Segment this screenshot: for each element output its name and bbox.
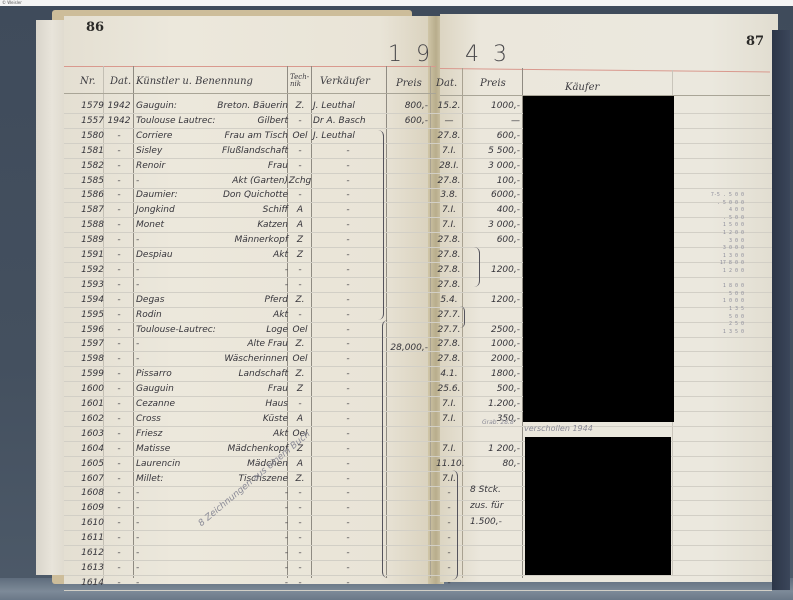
ledger-cell-sale-date: 11.10. <box>436 458 462 470</box>
header-artist-title: Künstler u. Benennung <box>136 76 253 87</box>
ledger-cell-title: Mädchenkopf <box>200 443 288 455</box>
ledger-cell-nr: 1607 <box>74 473 104 485</box>
ledger-cell-tech: A <box>288 413 312 425</box>
header-seller: Verkäufer <box>320 76 370 87</box>
ledger-cell-date: - <box>106 458 132 470</box>
ledger-cell-sale-price: 1.200,- <box>464 398 520 410</box>
ledger-cell-sale-price: 1000,- <box>464 100 520 112</box>
ledger-cell-date: 1942 <box>106 115 132 127</box>
ledger-cell-date: - <box>106 353 132 365</box>
ledger-cell-date: - <box>106 338 132 350</box>
ledger-cell-date: - <box>106 562 132 574</box>
ledger-cell-tech: - <box>288 562 312 574</box>
ledger-cell-title: Alte Frau <box>200 338 288 350</box>
ledger-cell-date: 1942 <box>106 100 132 112</box>
ledger-cell-title: - <box>200 532 288 544</box>
ledger-cell-nr: 1598 <box>74 353 104 365</box>
group-note-line3: 1.500,- <box>470 516 502 528</box>
ledger-cell-tech: Oel <box>288 324 312 336</box>
ledger-cell-date: - <box>106 324 132 336</box>
ledger-cell-title: Küste <box>200 413 288 425</box>
ledger-cell-sale-date: - <box>436 502 462 514</box>
ledger-cell-nr: 1580 <box>74 130 104 142</box>
brace-bracket <box>382 320 390 578</box>
ledger-cell-sale-date: 27.8. <box>436 249 462 261</box>
ledger-cell-nr: 1611 <box>74 532 104 544</box>
ledger-cell-tech: Z <box>288 249 312 261</box>
ledger-cell-seller: - <box>313 547 383 559</box>
ledger-cell-tech: - <box>288 264 312 276</box>
ledger-cell-nr: 1608 <box>74 487 104 499</box>
ledger-cell-tech: - <box>288 189 312 201</box>
ledger-cell-sale-price: 6000,- <box>464 189 520 201</box>
ledger-cell-sale-price: 1800,- <box>464 368 520 380</box>
pencil-note-small: Grab. 28.8 <box>482 419 514 426</box>
ledger-cell-sale-price: 1200,- <box>464 264 520 276</box>
ledger-cell-title: - <box>200 577 288 589</box>
ledger-cell-nr: 1579 <box>74 100 104 112</box>
ledger-cell-tech: - <box>288 279 312 291</box>
pencil-note-verschollen: verschollen 1944 <box>524 424 593 433</box>
ledger-cell-seller: - <box>313 517 383 529</box>
ledger-cell-date: - <box>106 160 132 172</box>
ledger-cell-tech: Z <box>288 383 312 395</box>
ledger-cell-date: - <box>106 175 132 187</box>
ledger-cell-tech: Oel <box>288 353 312 365</box>
ledger-cell-seller: - <box>313 160 383 172</box>
ledger-cell-tech: Z. <box>288 294 312 306</box>
ledger-cell-date: - <box>106 130 132 142</box>
ledger-cell-seller: - <box>313 189 383 201</box>
ledger-cell-sale-price: 1 200,- <box>464 443 520 455</box>
ledger-cell-tech: Z. <box>288 100 312 112</box>
ledger-cell-seller: - <box>313 413 383 425</box>
header-sale-date: Dat. <box>436 78 457 89</box>
ledger-cell-nr: 1610 <box>74 517 104 529</box>
ledger-cell-sale-date: 27.7. <box>436 324 462 336</box>
ledger-cell-title: Akt (Garten) <box>200 175 288 187</box>
ledger-cell-seller: - <box>313 338 383 350</box>
ledger-cell-sale-price: 2000,- <box>464 353 520 365</box>
ledger-cell-sale-date: — <box>436 115 462 127</box>
group-note-line2: zus. für <box>470 500 503 512</box>
ledger-cell-sale-date: 7.I. <box>436 204 462 216</box>
ledger-cell-nr: 1587 <box>74 204 104 216</box>
ledger-cell-tech: - <box>288 577 312 589</box>
ledger-cell-seller: - <box>313 294 383 306</box>
ledger-cell-price: 28,000,- <box>388 342 428 354</box>
ledger-cell-sale-date: 7.I. <box>436 473 462 485</box>
ledger-cell-nr: 1600 <box>74 383 104 395</box>
ledger-cell-title: Loge <box>200 324 288 336</box>
ledger-cell-seller: - <box>313 443 383 455</box>
ledger-cell-tech: Z. <box>288 338 312 350</box>
ledger-cell-date: - <box>106 487 132 499</box>
ledger-cell-tech: Z. <box>288 473 312 485</box>
ledger-cell-title: - <box>200 547 288 559</box>
ledger-cell-tech: - <box>288 145 312 157</box>
ledger-cell-title: Akt <box>200 249 288 261</box>
ledger-cell-nr: 1605 <box>74 458 104 470</box>
ledger-cell-sale-price: — <box>464 115 520 127</box>
ledger-cell-date: - <box>106 532 132 544</box>
ledger-cell-sale-date: 27.8. <box>436 175 462 187</box>
ledger-cell-sale-date: 28.I. <box>436 160 462 172</box>
ledger-cell-title: Don Quichotte <box>200 189 288 201</box>
ledger-cell-sale-price: 500,- <box>464 383 520 395</box>
ledger-cell-sale-date: - <box>436 517 462 529</box>
ledger-cell-date: - <box>106 443 132 455</box>
ledger-cell-seller: - <box>313 428 383 440</box>
ledger-cell-title: Gilbert <box>200 115 288 127</box>
ledger-cell-title: - <box>200 279 288 291</box>
ledger-cell-tech: Z. <box>288 368 312 380</box>
ledger-cell-sale-price: 3 000,- <box>464 160 520 172</box>
ledger-cell-date: - <box>106 309 132 321</box>
ledger-cell-title: Landschaft <box>200 368 288 380</box>
ledger-year: 19 43 <box>388 42 521 67</box>
ledger-cell-tech: - <box>288 398 312 410</box>
ledger-cell-tech: - <box>288 487 312 499</box>
brace-bracket <box>460 306 465 328</box>
book-cover-edge <box>772 30 790 590</box>
ledger-cell-sale-date: 7.I. <box>436 398 462 410</box>
ledger-cell-tech: - <box>288 532 312 544</box>
ledger-cell-sale-date: 27.8. <box>436 234 462 246</box>
ledger-cell-nr: 1601 <box>74 398 104 410</box>
ledger-cell-nr: 1557 <box>74 115 104 127</box>
ledger-cell-tech: - <box>288 115 312 127</box>
ledger-cell-date: - <box>106 368 132 380</box>
group-note-line1: 8 Stck. <box>470 484 501 496</box>
ledger-cell-title: Männerkopf <box>200 234 288 246</box>
ledger-cell-sale-price: 100,- <box>464 175 520 187</box>
ledger-cell-title: Akt <box>200 428 288 440</box>
ledger-cell-date: - <box>106 189 132 201</box>
ledger-cell-sale-date: 3.8. <box>436 189 462 201</box>
ledger-cell-tech: A <box>288 458 312 470</box>
ledger-cell-sale-price: 600,- <box>464 130 520 142</box>
ledger-cell-nr: 1599 <box>74 368 104 380</box>
ledger-cell-seller: - <box>313 383 383 395</box>
ledger-cell-title: - <box>200 264 288 276</box>
ledger-cell-sale-date: - <box>436 487 462 499</box>
ledger-cell-sale-date: 7.I. <box>436 145 462 157</box>
ledger-cell-date: - <box>106 264 132 276</box>
row-rule <box>64 590 772 591</box>
header-price: Preis <box>396 78 422 89</box>
brace-bracket <box>452 470 458 580</box>
ledger-cell-nr: 1588 <box>74 219 104 231</box>
margin-tally: 7-5 . 5 0 0 . 5 0 0 0 4 0 0 . 5 0 0 1 5 … <box>688 192 744 336</box>
ledger-cell-nr: 1595 <box>74 309 104 321</box>
ledger-cell-sale-price: 600,- <box>464 234 520 246</box>
ledger-cell-title: Wäscherinnen <box>200 353 288 365</box>
ledger-cell-sale-date: 4.1. <box>436 368 462 380</box>
ledger-cell-nr: 1592 <box>74 264 104 276</box>
ledger-cell-title: Pferd <box>200 294 288 306</box>
ledger-cell-sale-date: - <box>436 532 462 544</box>
ledger-cell-tech: - <box>288 160 312 172</box>
ledger-cell-nr: 1582 <box>74 160 104 172</box>
ledger-cell-date: - <box>106 294 132 306</box>
ledger-cell-tech: Z <box>288 234 312 246</box>
ledger-cell-date: - <box>106 577 132 589</box>
ledger-cell-price: 600,- <box>388 115 428 127</box>
ledger-cell-sale-date: 27.8. <box>436 264 462 276</box>
ledger-cell-sale-date: 7.I. <box>436 443 462 455</box>
ledger-cell-nr: 1591 <box>74 249 104 261</box>
ledger-cell-seller: J. Leuthal <box>313 100 383 112</box>
ledger-cell-nr: 1593 <box>74 279 104 291</box>
ledger-cell-sale-date: 25.6. <box>436 383 462 395</box>
ledger-cell-sale-date: - <box>436 562 462 574</box>
ledger-cell-seller: - <box>313 473 383 485</box>
ledger-cell-date: - <box>106 473 132 485</box>
redacted-buyer-block-bottom <box>525 437 671 575</box>
ledger-cell-sale-date: 27.8. <box>436 279 462 291</box>
ledger-cell-seller: - <box>313 458 383 470</box>
ledger-cell-title: Frau am Tisch <box>200 130 288 142</box>
ledger-cell-nr: 1581 <box>74 145 104 157</box>
ledger-cell-nr: 1597 <box>74 338 104 350</box>
ledger-cell-price: 800,- <box>388 100 428 112</box>
ledger-cell-seller: - <box>313 368 383 380</box>
ledger-cell-sale-date: 7.I. <box>436 413 462 425</box>
ledger-cell-title: - <box>200 562 288 574</box>
ledger-cell-seller: - <box>313 204 383 216</box>
ledger-cell-date: - <box>106 204 132 216</box>
left-page-number: 86 <box>86 20 104 35</box>
ledger-cell-nr: 1609 <box>74 502 104 514</box>
ledger-cell-tech: Oel <box>288 130 312 142</box>
ledger-cell-seller: - <box>313 249 383 261</box>
ledger-cell-sale-price: 80,- <box>464 458 520 470</box>
ledger-cell-date: - <box>106 502 132 514</box>
ledger-cell-seller: - <box>313 175 383 187</box>
row-rule <box>64 575 772 576</box>
ledger-cell-seller: - <box>313 309 383 321</box>
ledger-cell-seller: J. Leuthal <box>313 130 383 142</box>
ledger-cell-sale-date: 5.4. <box>436 294 462 306</box>
header-date: Dat. <box>110 76 131 87</box>
ledger-cell-date: - <box>106 234 132 246</box>
right-page-number: 87 <box>746 34 764 49</box>
ledger-cell-seller: - <box>313 264 383 276</box>
ledger-cell-seller: - <box>313 532 383 544</box>
brace-bracket <box>376 130 384 320</box>
ledger-cell-seller: - <box>313 502 383 514</box>
ledger-cell-date: - <box>106 428 132 440</box>
header-nr: Nr. <box>80 76 96 87</box>
ledger-cell-sale-date: 27.7. <box>436 309 462 321</box>
ledger-cell-sale-price: 2500,- <box>464 324 520 336</box>
ledger-cell-sale-date: - <box>436 577 462 589</box>
ledger-cell-nr: 1594 <box>74 294 104 306</box>
ledger-cell-seller: - <box>313 324 383 336</box>
ledger-cell-date: - <box>106 383 132 395</box>
ledger-cell-nr: 1602 <box>74 413 104 425</box>
ledger-cell-sale-price: 1200,- <box>464 294 520 306</box>
header-technique: Tech- nik <box>290 74 310 88</box>
ledger-cell-nr: 1586 <box>74 189 104 201</box>
ledger-cell-sale-date: 15.2. <box>436 100 462 112</box>
ledger-cell-sale-price: 400,- <box>464 204 520 216</box>
ledger-cell-tech: - <box>288 502 312 514</box>
ledger-cell-date: - <box>106 398 132 410</box>
ledger-cell-nr: 1596 <box>74 324 104 336</box>
ledger-cell-seller: - <box>313 577 383 589</box>
ledger-cell-sale-date: 7.I. <box>436 219 462 231</box>
ledger-cell-title: Flußlandschaft <box>200 145 288 157</box>
ledger-cell-seller: - <box>313 562 383 574</box>
ledger-cell-title: Breton. Bäuerin <box>200 100 288 112</box>
ledger-cell-tech: A <box>288 204 312 216</box>
ledger-cell-title: Katzen <box>200 219 288 231</box>
ledger-cell-date: - <box>106 249 132 261</box>
ledger-cell-nr: 1589 <box>74 234 104 246</box>
header-rule-left <box>64 66 436 67</box>
header-buyer: Käufer <box>565 82 599 93</box>
ledger-cell-seller: - <box>313 487 383 499</box>
ledger-cell-sale-price: 3 000,- <box>464 219 520 231</box>
ledger-cell-title: Schiff <box>200 204 288 216</box>
header-underline <box>64 93 436 94</box>
ledger-cell-seller: - <box>313 234 383 246</box>
ledger-cell-nr: 1603 <box>74 428 104 440</box>
ledger-cell-nr: 1604 <box>74 443 104 455</box>
ledger-cell-tech: - <box>288 309 312 321</box>
ledger-cell-tech: A <box>288 219 312 231</box>
ledger-cell-date: - <box>106 279 132 291</box>
ledger-cell-sale-date: 27.8. <box>436 353 462 365</box>
ledger-cell-title: Frau <box>200 160 288 172</box>
ledger-cell-seller: - <box>313 353 383 365</box>
ledger-cell-title: Akt <box>200 309 288 321</box>
ledger-cell-sale-price: 5 500,- <box>464 145 520 157</box>
ledger-cell-seller: - <box>313 279 383 291</box>
ledger-cell-nr: 1612 <box>74 547 104 559</box>
ledger-cell-seller: Dr A. Basch <box>313 115 383 127</box>
ledger-cell-date: - <box>106 413 132 425</box>
ledger-cell-seller: - <box>313 145 383 157</box>
ledger-cell-sale-date: 27.8. <box>436 130 462 142</box>
ledger-cell-tech: Zchg <box>288 175 312 187</box>
ledger-cell-seller: - <box>313 398 383 410</box>
redacted-buyer-block-top <box>523 96 674 422</box>
ledger-cell-date: - <box>106 145 132 157</box>
header-sale-price: Preis <box>480 78 506 89</box>
ledger-cell-tech: - <box>288 517 312 529</box>
ledger-cell-nr: 1585 <box>74 175 104 187</box>
ledger-cell-nr: 1614 <box>74 577 104 589</box>
ledger-cell-tech: - <box>288 547 312 559</box>
ledger-cell-title: Haus <box>200 398 288 410</box>
ledger-cell-title: Frau <box>200 383 288 395</box>
brace-bracket <box>474 247 480 287</box>
ledger-cell-date: - <box>106 219 132 231</box>
ledger-cell-date: - <box>106 547 132 559</box>
ledger-cell-sale-date: - <box>436 547 462 559</box>
ledger-cell-seller: - <box>313 219 383 231</box>
ledger-cell-sale-date: 27.8. <box>436 338 462 350</box>
row-rule <box>64 426 772 427</box>
ledger-cell-nr: 1613 <box>74 562 104 574</box>
ledger-cell-date: - <box>106 517 132 529</box>
ledger-cell-sale-price: 1000,- <box>464 338 520 350</box>
